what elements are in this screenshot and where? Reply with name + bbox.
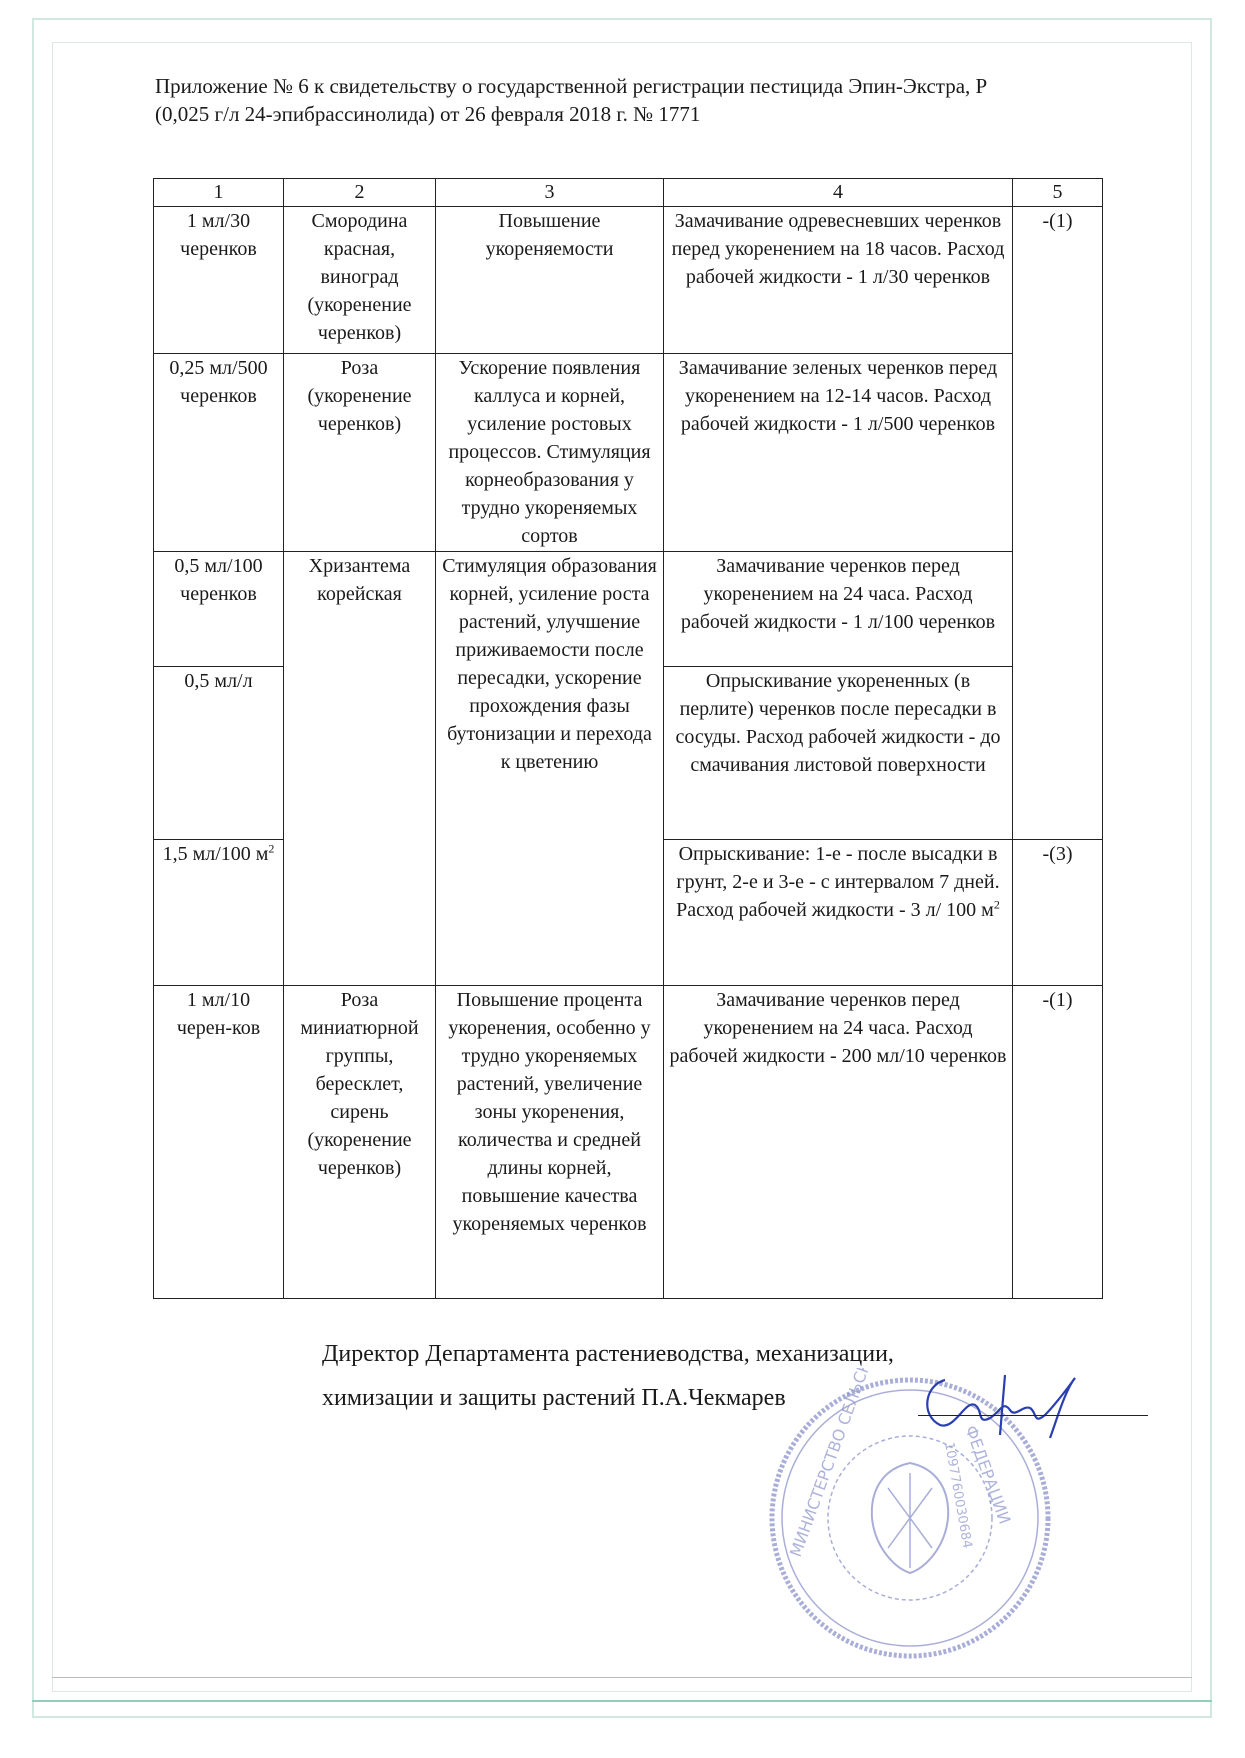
table-row: 1 мл/10 черен-ков Роза миниатюрной групп… bbox=[154, 986, 1103, 1299]
page-border-line bbox=[52, 1677, 1192, 1678]
cell-rate: 1 мл/30 черенков bbox=[154, 207, 284, 354]
cell-waiting: -(1) bbox=[1013, 207, 1103, 840]
cell-rate: 0,25 мл/500 черенков bbox=[154, 354, 284, 552]
column-header: 1 bbox=[154, 179, 284, 207]
cell-method: Опрыскивание укорененных (в перлите) чер… bbox=[664, 667, 1013, 840]
cell-crop: Хризантема корейская bbox=[284, 552, 436, 986]
cell-waiting: -(1) bbox=[1013, 986, 1103, 1299]
table-row: 0,5 мл/100 черенков Хризантема корейская… bbox=[154, 552, 1103, 667]
cell-crop: Роза миниатюрной группы, бересклет, сире… bbox=[284, 986, 436, 1299]
cell-purpose: Повышение укореняемости bbox=[436, 207, 664, 354]
cell-method: Замачивание одревесневших черенков перед… bbox=[664, 207, 1013, 354]
column-header: 2 bbox=[284, 179, 436, 207]
column-header: 5 bbox=[1013, 179, 1103, 207]
cell-method: Замачивание черенков перед укоренением н… bbox=[664, 986, 1013, 1299]
signature-line-1: Директор Департамента растениеводства, м… bbox=[322, 1332, 894, 1376]
rate-text: 1,5 мл/100 м bbox=[163, 843, 269, 865]
cell-waiting: -(3) bbox=[1013, 840, 1103, 986]
cell-purpose: Повышение процента укоренения, особенно … bbox=[436, 986, 664, 1299]
cell-purpose: Ускорение появления каллуса и корней, ус… bbox=[436, 354, 664, 552]
table-row: 1 мл/30 черенков Смородина красная, вино… bbox=[154, 207, 1103, 354]
superscript: 2 bbox=[268, 841, 274, 855]
cell-rate: 0,5 мл/л bbox=[154, 667, 284, 840]
registration-table: 1 2 3 4 5 1 мл/30 черенков Смородина кра… bbox=[153, 178, 1103, 1299]
signature-line-2: химизации и защиты растений П.А.Чекмарев bbox=[322, 1376, 894, 1420]
superscript: 2 bbox=[994, 897, 1000, 911]
column-header: 4 bbox=[664, 179, 1013, 207]
cell-rate: 1,5 мл/100 м2 bbox=[154, 840, 284, 986]
cell-purpose: Стимуляция образования корней, усиление … bbox=[436, 552, 664, 986]
cell-rate: 1 мл/10 черен-ков bbox=[154, 986, 284, 1299]
signature-block: Директор Департамента растениеводства, м… bbox=[322, 1332, 894, 1420]
method-text: Опрыскивание: 1-е - после высадки в грун… bbox=[676, 843, 999, 921]
cell-crop: Смородина красная, виноград (укоренение … bbox=[284, 207, 436, 354]
page-border-line bbox=[32, 1700, 1212, 1702]
cell-rate: 0,5 мл/100 черенков bbox=[154, 552, 284, 667]
header-line-1: Приложение № 6 к свидетельству о государ… bbox=[155, 72, 1165, 100]
cell-method: Замачивание зеленых черенков перед укоре… bbox=[664, 354, 1013, 552]
header-line-2: (0,025 г/л 24-эпибрассинолида) от 26 фев… bbox=[155, 100, 1165, 128]
signature-autograph-icon bbox=[905, 1370, 1085, 1440]
cell-method: Опрыскивание: 1-е - после высадки в грун… bbox=[664, 840, 1013, 986]
table-row: 0,25 мл/500 черенков Роза (укоренение че… bbox=[154, 354, 1103, 552]
document-header: Приложение № 6 к свидетельству о государ… bbox=[155, 72, 1165, 128]
signature-underline bbox=[918, 1415, 1148, 1416]
column-header: 3 bbox=[436, 179, 664, 207]
cell-method: Замачивание черенков перед укоренением н… bbox=[664, 552, 1013, 667]
cell-crop: Роза (укоренение черенков) bbox=[284, 354, 436, 552]
table-header-row: 1 2 3 4 5 bbox=[154, 179, 1103, 207]
